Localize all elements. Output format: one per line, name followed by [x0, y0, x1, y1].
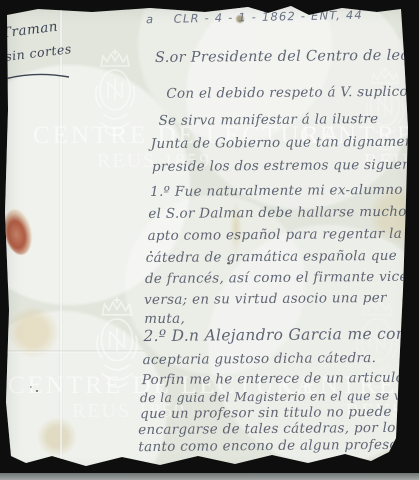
letter-line: Con el debido respeto á V. suplico: — [166, 84, 413, 102]
letter-line: Junta de Gobierno que tan dignamente — [151, 134, 419, 152]
letter-line: preside los dos estremos que siguen: — [152, 157, 416, 175]
letter-line: aceptaria gustoso dicha cátedra. — [143, 350, 377, 368]
letter-line: versa; en su virtud asocio una per — [144, 290, 387, 308]
letter-line: S.or Presidente del Centro de lectura. — [155, 47, 419, 66]
letter-line: 2.º D.n Alejandro Garcia me consta — [143, 325, 419, 346]
document-paper: CENTRE DE LECTURA REUS 1859 CENTRE DE LE… — [0, 0, 419, 480]
letter-line: muta, — [144, 311, 185, 327]
letter-line: el S.or Dalman debe hallarse mucho — [148, 204, 406, 222]
letter-line: cátedra de gramática española que — [146, 248, 397, 266]
letter-body: S.or Presidente del Centro de lectura. C… — [0, 0, 419, 480]
letter-line: encargarse de tales cátedras, por lo — [138, 420, 396, 438]
scanned-document: CENTRE DE LECTURA REUS 1859 CENTRE DE LE… — [0, 0, 419, 480]
letter-line: Porfin me he enterece de un articulo — [142, 370, 404, 388]
letter-line: tanto como encono de algun profesor, — [138, 437, 407, 455]
letter-line: apto como español para regentar la — [147, 226, 402, 244]
letter-line: Se sirva manifestar á la ilustre — [158, 111, 378, 129]
letter-line: de la guia del Magisterio en el que se v… — [140, 388, 413, 405]
letter-line: 1.º Fue naturalmente mi ex-alumno — [150, 182, 403, 200]
letter-line: de francés, así como el firmante vice — [145, 269, 408, 287]
scanner-edge-strip — [0, 473, 419, 480]
